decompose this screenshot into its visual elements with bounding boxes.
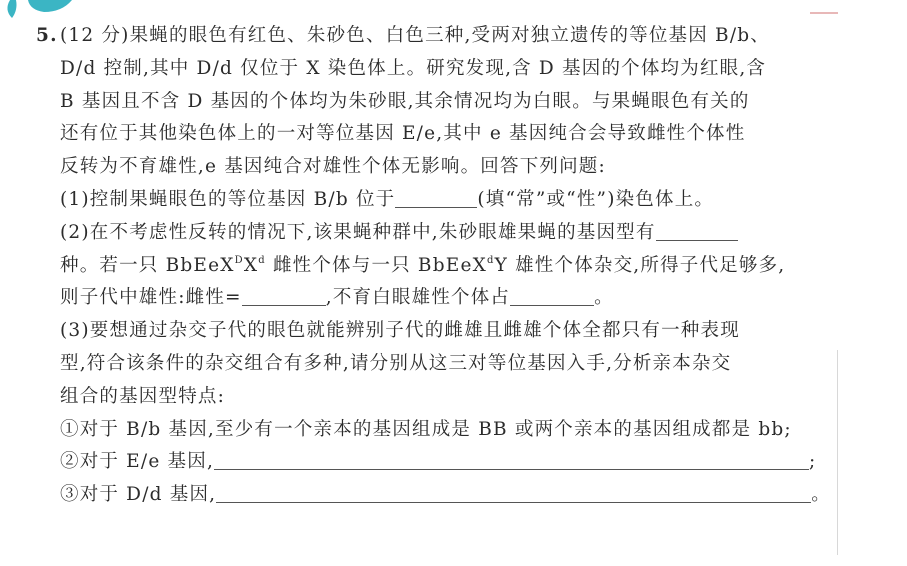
answer-blank-1[interactable] <box>395 185 477 208</box>
part-3: (3)要想通过杂交子代的眼色就能辨别子代的雌雄且雌雄个体全都只有一种表现 <box>36 315 836 348</box>
stem-line: 还有位于其他染色体上的一对等位基因 E/e,其中 e 基因纯合会导致雌性个体性 <box>36 118 836 151</box>
answer-blank-5[interactable] <box>214 447 809 470</box>
answer-blank-6[interactable] <box>216 480 811 503</box>
part-3-item-1: ①对于 B/b 基因,至少有一个亲本的基因组成是 BB 或两个亲本的基因组成都是… <box>36 414 836 447</box>
part-1: (1)控制果蝇眼色的等位基因 B/b 位于(填“常”或“性”)染色体上。 <box>36 184 836 217</box>
part-2: (2)在不考虑性反转的情况下,该果蝇种群中,朱砂眼雄果蝇的基因型有 <box>36 217 836 250</box>
question-points: (12 分) <box>60 25 130 46</box>
answer-blank-3[interactable] <box>242 283 326 306</box>
stem-line: 5.(12 分)果蝇的眼色有红色、朱砂色、白色三种,受两对独立遗传的等位基因 B… <box>36 20 836 53</box>
part-3-item-3: ③对于 D/d 基因,。 <box>36 479 836 512</box>
question-number: 5. <box>36 20 60 53</box>
stem-line: 反转为不育雄性,e 基因纯合对雄性个体无影响。回答下列问题: <box>36 151 836 184</box>
answer-blank-4[interactable] <box>510 283 594 306</box>
part-3: 型,符合该条件的杂交组合有多种,请分别从这三对等位基因入手,分析亲本杂交 <box>36 348 836 381</box>
part-3: 组合的基因型特点: <box>36 381 836 414</box>
top-mark <box>810 12 838 14</box>
question-block: 5.(12 分)果蝇的眼色有红色、朱砂色、白色三种,受两对独立遗传的等位基因 B… <box>36 20 836 512</box>
stem-line: B 基因且不含 D 基因的个体均为朱砂眼,其余情况均为白眼。与果蝇眼色有关的 <box>36 86 836 119</box>
page-edge <box>837 350 838 555</box>
stem-line: D/d 控制,其中 D/d 仅位于 X 染色体上。研究发现,含 D 基因的个体均… <box>36 53 836 86</box>
part-3-item-2: ②对于 E/e 基因,; <box>36 446 836 479</box>
part-2-line2: 种。若一只 BbEeXDXd 雌性个体与一只 BbEeXdY 雄性个体杂交,所得… <box>36 250 836 283</box>
part-2-line3: 则子代中雄性:雌性=,不育白眼雄性个体占。 <box>36 282 836 315</box>
leaf-decoration-icon <box>0 0 80 20</box>
answer-blank-2[interactable] <box>656 218 738 241</box>
